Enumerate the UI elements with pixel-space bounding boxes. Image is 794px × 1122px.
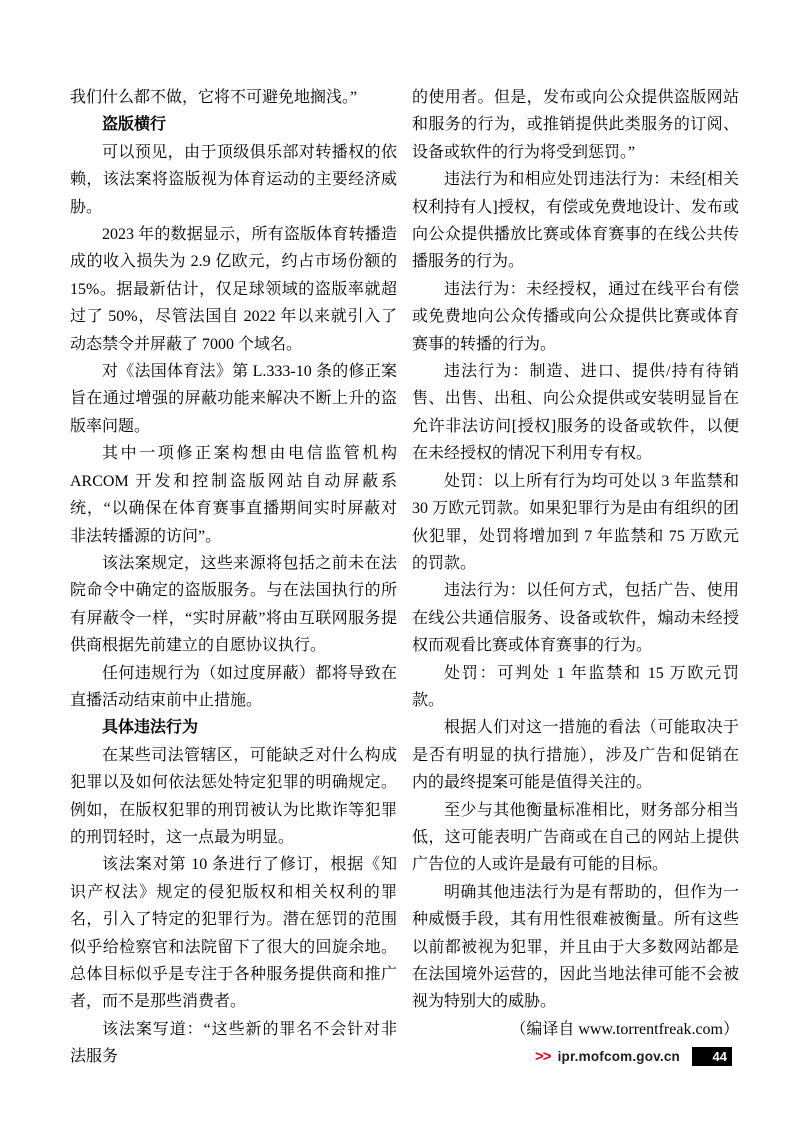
page-number-badge: 44 [692,1047,732,1066]
body-paragraph: 处罚：可判处 1 年监禁和 15 万欧元罚款。 [412,660,739,715]
footer-site-url: ipr.mofcom.gov.cn [558,1049,680,1064]
body-paragraph: 违法行为和相应处罚违法行为：未经[相关权利持有人]授权，有偿或免费地设计、发布或… [412,166,739,276]
body-paragraph: 违法行为：制造、进口、提供/持有待销售、出售、出租、向公众提供或安装明显旨在允许… [412,358,739,468]
body-paragraph: 任何违规行为（如过度屏蔽）都将导致在直播活动结束前中止措施。 [70,660,397,715]
body-paragraph: 我们什么都不做，它将不可避免地搁浅。” [70,84,397,111]
body-paragraph: 其中一项修正案构想由电信监管机构 ARCOM 开发和控制盗版网站自动屏蔽系统，“… [70,440,397,550]
body-paragraph: 在某些司法管辖区，可能缺乏对什么构成犯罪以及如何依法惩处特定犯罪的明确规定。例如… [70,742,397,852]
body-paragraph: 该法案写道：“这些新的罪名不会针对非法服务 [70,1016,397,1071]
section-heading: 具体违法行为 [70,714,397,741]
body-paragraph: 该法案对第 10 条进行了修订，根据《知识产权法》规定的侵犯版权和相关权利的罪名… [70,851,397,1015]
body-paragraph: 的使用者。但是，发布或向公众提供盗版网站和服务的行为，或推销提供此类服务的订阅、… [412,84,739,166]
left-column: 我们什么都不做，它将不可避免地搁浅。”盗版横行可以预见，由于顶级俱乐部对转播权的… [70,84,397,1071]
body-paragraph: 根据人们对这一措施的看法（可能取决于是否有明显的执行措施），涉及广告和促销在内的… [412,714,739,796]
body-paragraph: 违法行为：以任何方式，包括广告、使用在线公共通信服务、设备或软件，煽动未经授权而… [412,577,739,659]
section-heading: 盗版横行 [70,111,397,138]
page-footer: >> ipr.mofcom.gov.cn 44 [535,1046,732,1066]
body-paragraph: 对《法国体育法》第 L.333-10 条的修正案旨在通过增强的屏蔽功能来解决不断… [70,358,397,440]
body-paragraph: 违法行为：未经授权，通过在线平台有偿或免费地向公众传播或向公众提供比赛或体育赛事… [412,276,739,358]
body-paragraph: 2023 年的数据显示，所有盗版体育转播造成的收入损失为 2.9 亿欧元，约占市… [70,221,397,358]
body-paragraph: 明确其他违法行为是有帮助的，但作为一种威慑手段，其有用性很难被衡量。所有这些以前… [412,879,739,1016]
body-paragraph: 可以预见，由于顶级俱乐部对转播权的依赖，该法案将盗版视为体育运动的主要经济威胁。 [70,139,397,221]
source-attribution: （编译自 www.torrentfreak.com） [412,1016,739,1043]
double-chevron-right-icon: >> [535,1049,551,1064]
body-paragraph: 该法案规定，这些来源将包括之前未在法院命令中确定的盗版服务。与在法国执行的所有屏… [70,550,397,660]
right-column: 的使用者。但是，发布或向公众提供盗版网站和服务的行为，或推销提供此类服务的订阅、… [412,84,739,1071]
body-paragraph: 处罚：以上所有行为均可处以 3 年监禁和 30 万欧元罚款。如果犯罪行为是由有组… [412,468,739,578]
document-page: 我们什么都不做，它将不可避免地搁浅。”盗版横行可以预见，由于顶级俱乐部对转播权的… [0,0,794,1122]
body-paragraph: 至少与其他衡量标准相比，财务部分相当低，这可能表明广告商或在自己的网站上提供广告… [412,797,739,879]
article-body: 我们什么都不做，它将不可避免地搁浅。”盗版横行可以预见，由于顶级俱乐部对转播权的… [70,84,739,1071]
